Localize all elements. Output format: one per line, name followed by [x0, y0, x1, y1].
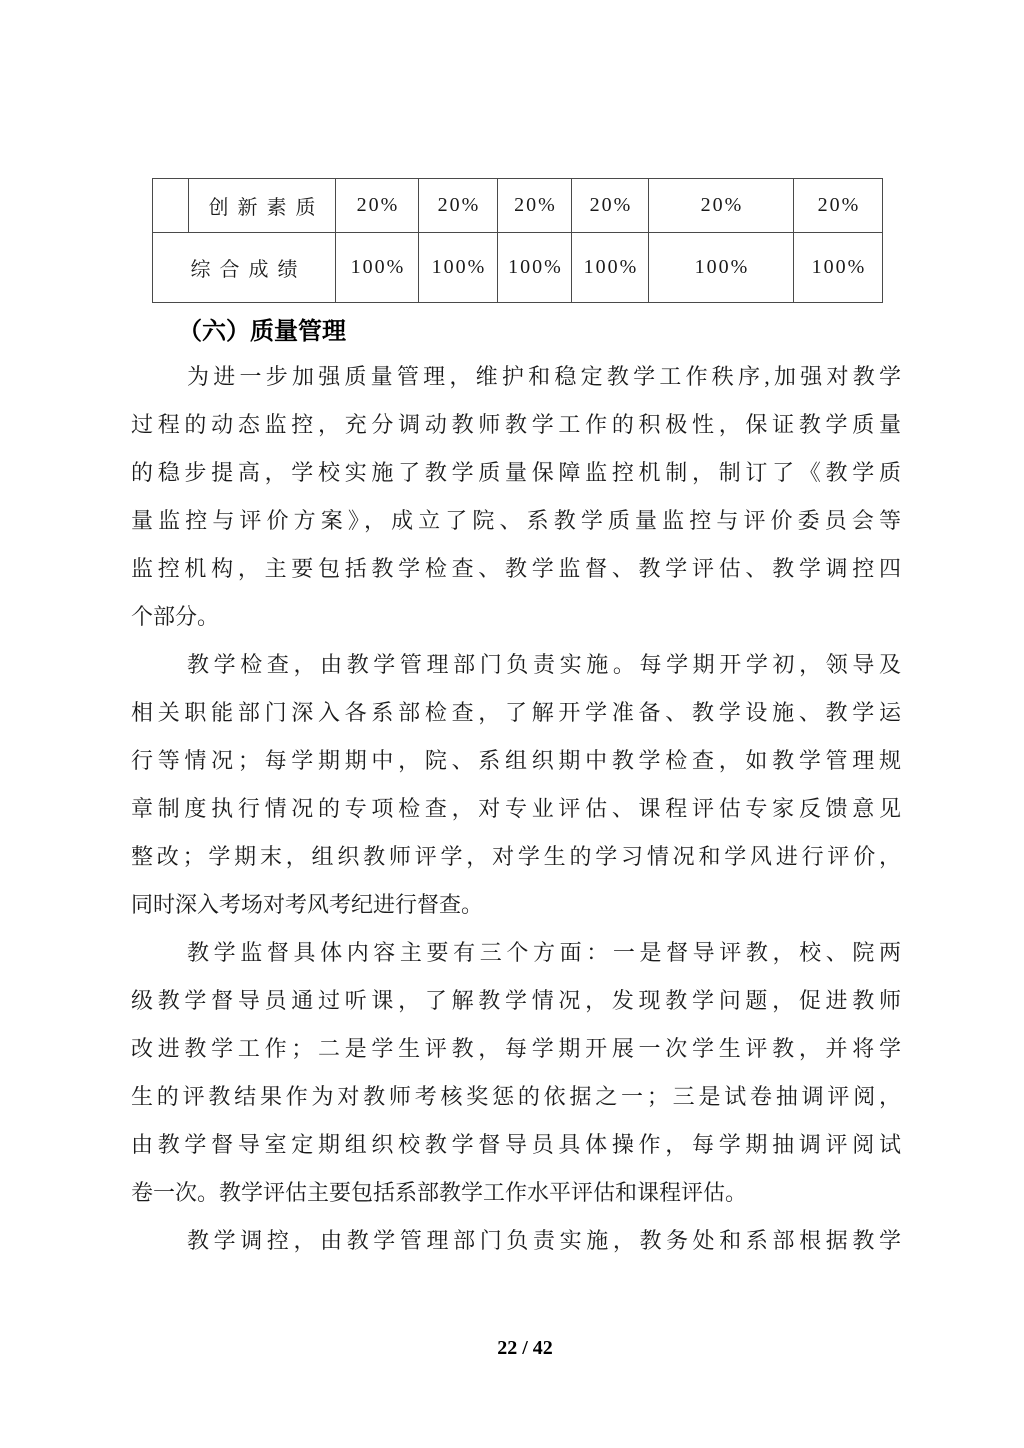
table-row-innovation: 创新素质 20% 20% 20% 20% 20% 20% — [153, 179, 883, 233]
document-body: 为进一步加强质量管理，维护和稳定教学工作秩序,加强对教学 过程的动态监控，充分调… — [131, 353, 901, 1265]
table-cell: 20% — [794, 179, 883, 233]
table-cell: 100% — [336, 233, 419, 303]
page-number: 22 / 42 — [140, 1334, 910, 1362]
table-cell: 20% — [572, 179, 649, 233]
table-cell: 20% — [419, 179, 498, 233]
paragraph-line: 生的评教结果作为对教师考核奖惩的依据之一；三是试卷抽调评阅， — [131, 1073, 901, 1121]
table-cell: 20% — [649, 179, 794, 233]
paragraph-line: 量监控与评价方案》，成立了院、系教学质量监控与评价委员会等 — [131, 497, 901, 545]
table-cell: 20% — [336, 179, 419, 233]
paragraph-line: 个部分。 — [131, 593, 901, 641]
paragraph-line: 改进教学工作；二是学生评教，每学期开展一次学生评教，并将学 — [131, 1025, 901, 1073]
paragraph-line: 级教学督导员通过听课，了解教学情况，发现教学问题，促进教师 — [131, 977, 901, 1025]
paragraph-line: 过程的动态监控，充分调动教师教学工作的积极性，保证教学质量 — [131, 401, 901, 449]
paragraph-line: 同时深入考场对考风考纪进行督查。 — [131, 881, 901, 929]
table-cell: 100% — [794, 233, 883, 303]
table-cell: 20% — [498, 179, 572, 233]
table-row-composite: 综合成绩 100% 100% 100% 100% 100% 100% — [153, 233, 883, 303]
paragraph-line: 卷一次。教学评估主要包括系部教学工作水平评估和课程评估。 — [131, 1169, 901, 1217]
row-label: 创新素质 — [189, 179, 336, 233]
row-label: 综合成绩 — [153, 233, 336, 303]
paragraph-line: 相关职能部门深入各系部检查，了解开学准备、教学设施、教学运 — [131, 689, 901, 737]
paragraph-line: 的稳步提高，学校实施了教学质量保障监控机制，制订了《教学质 — [131, 449, 901, 497]
empty-cell — [153, 179, 189, 233]
paragraph-line: 教学检查，由教学管理部门负责实施。每学期开学初，领导及 — [131, 641, 901, 689]
document-page: 创新素质 20% 20% 20% 20% 20% 20% 综合成绩 100% 1… — [0, 0, 1024, 1448]
paragraph-line: 章制度执行情况的专项检查，对专业评估、课程评估专家反馈意见 — [131, 785, 901, 833]
paragraph-line: 为进一步加强质量管理，维护和稳定教学工作秩序,加强对教学 — [131, 353, 901, 401]
paragraph-line: 由教学督导室定期组织校教学督导员具体操作，每学期抽调评阅试 — [131, 1121, 901, 1169]
assessment-weight-table: 创新素质 20% 20% 20% 20% 20% 20% 综合成绩 100% 1… — [152, 178, 883, 303]
paragraph-line: 教学调控，由教学管理部门负责实施，教务处和系部根据教学 — [131, 1217, 901, 1265]
table-cell: 100% — [572, 233, 649, 303]
paragraph-line: 整改；学期末，组织教师评学，对学生的学习情况和学风进行评价， — [131, 833, 901, 881]
paragraph-line: 监控机构，主要包括教学检查、教学监督、教学评估、教学调控四 — [131, 545, 901, 593]
paragraph-line: 行等情况；每学期期中，院、系组织期中教学检查，如教学管理规 — [131, 737, 901, 785]
paragraph-line: 教学监督具体内容主要有三个方面：一是督导评教，校、院两 — [131, 929, 901, 977]
section-heading: （六）质量管理 — [178, 317, 346, 347]
table-cell: 100% — [649, 233, 794, 303]
table-cell: 100% — [419, 233, 498, 303]
table-cell: 100% — [498, 233, 572, 303]
